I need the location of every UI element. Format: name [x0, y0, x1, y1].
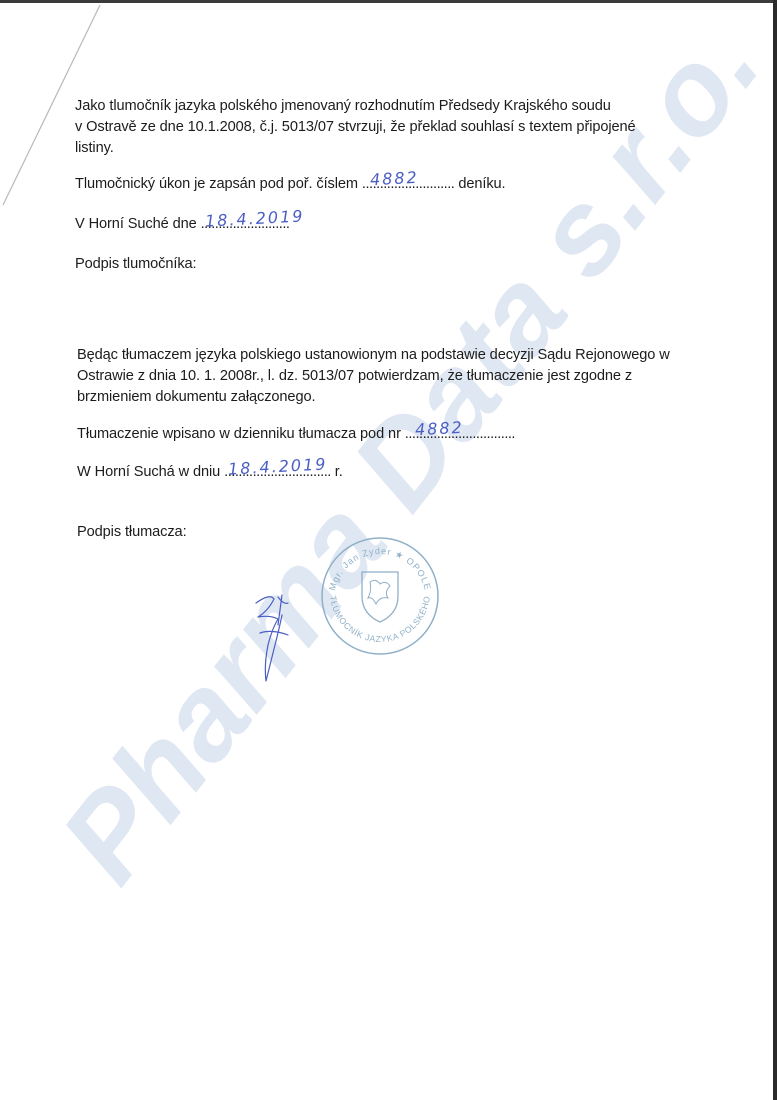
translator-stamp: Mgr. Jan Zyder ★ OPOLE TŁUMOCNÍK JAZYKA …	[318, 534, 442, 658]
polish-date-field: .............................. 18.4.2019	[224, 462, 331, 483]
czech-paragraph-line-3: listiny.	[75, 138, 114, 159]
polish-signature-label: Podpis tłumacza:	[77, 522, 187, 543]
polish-record-line: Tłumaczenie wpisano w dzienniku tłumacza…	[77, 424, 515, 445]
polish-place-prefix: W Horní Suchá w dniu	[77, 464, 220, 480]
scan-top-edge	[0, 0, 777, 3]
stamp-bottom-text: TŁUMOCNÍK JAZYKA POLSKÉHO	[328, 595, 432, 644]
polish-paragraph-line-1: Będąc tłumaczem języka polskiego ustanow…	[77, 345, 670, 366]
czech-record-number: 4882	[369, 167, 419, 191]
polish-place-line: W Horní Suchá w dniu ...................…	[77, 462, 343, 483]
czech-paragraph-line-2: v Ostravě ze dne 10.1.2008, č.j. 5013/07…	[75, 117, 636, 138]
czech-date-field: ......................... 18.4.2019	[201, 214, 290, 235]
czech-record-suffix: deníku.	[458, 176, 505, 192]
polish-record-prefix: Tłumaczenie wpisano w dzienniku tłumacza…	[77, 426, 401, 442]
czech-place-prefix: V Horní Suché dne	[75, 216, 197, 232]
svg-text:Mgr. Jan Zyder ★ OPOLE: Mgr. Jan Zyder ★ OPOLE	[327, 546, 433, 592]
czech-record-field: .......................... 4882	[362, 174, 454, 195]
stamp-top-text: Mgr. Jan Zyder ★ OPOLE	[327, 546, 433, 592]
czech-record-line: Tlumočnický úkon je zapsán pod poř. čísl…	[75, 174, 505, 195]
czech-paragraph-line-1: Jako tlumočník jazyka polského jmenovaný…	[75, 96, 611, 117]
handwritten-signature	[248, 585, 308, 685]
polish-record-field: ............................... 4882	[405, 424, 515, 445]
polish-paragraph-line-3: brzmieniem dokumentu załączonego.	[77, 387, 315, 408]
czech-record-prefix: Tlumočnický úkon je zapsán pod poř. čísl…	[75, 176, 358, 192]
scan-right-edge	[773, 0, 777, 1100]
polish-paragraph-line-2: Ostrawie z dnia 10. 1. 2008r., l. dz. 50…	[77, 366, 632, 387]
czech-signature-label: Podpis tlumočníka:	[75, 254, 197, 275]
svg-text:TŁUMOCNÍK JAZYKA POLSKÉHO: TŁUMOCNÍK JAZYKA POLSKÉHO	[328, 595, 432, 644]
coat-of-arms-icon	[362, 572, 398, 622]
polish-place-suffix: r.	[335, 464, 343, 480]
czech-place-line: V Horní Suché dne ......................…	[75, 214, 289, 235]
polish-record-number: 4882	[414, 417, 464, 441]
